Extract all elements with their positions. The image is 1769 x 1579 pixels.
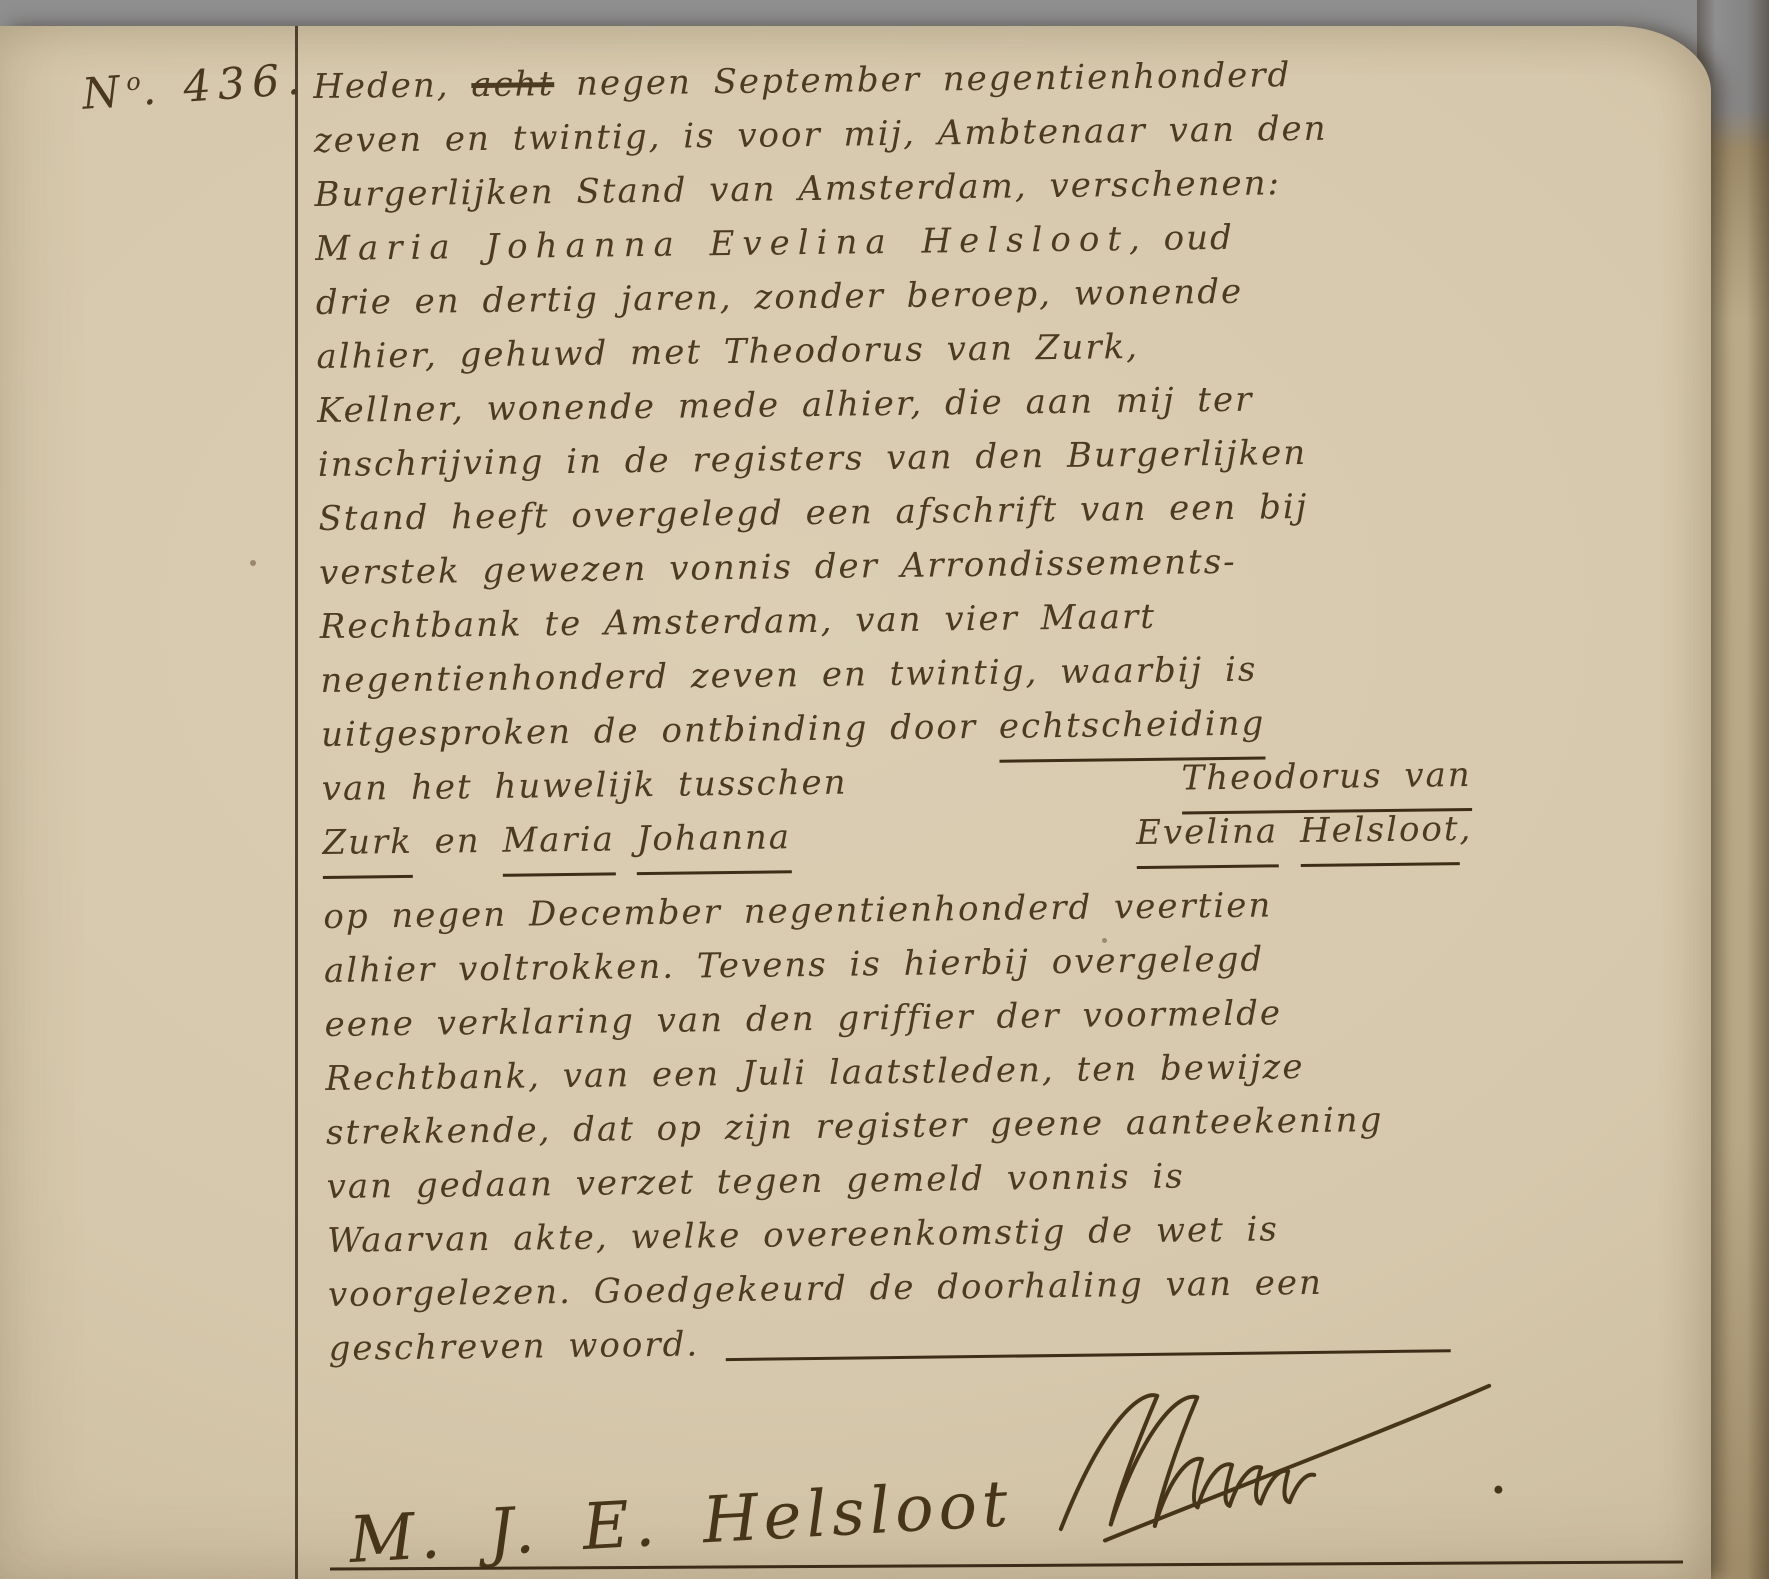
- document-lines: Heden, acht negen September negentienhon…: [313, 46, 1479, 1376]
- text-segment: acht: [471, 57, 555, 112]
- text-segment: Evelina: [1136, 804, 1279, 869]
- signature-row: M. J. E. Helsloot: [329, 1372, 1481, 1554]
- text-segment: Johanna: [636, 810, 791, 875]
- text-segment: van het huwelijk tusschen: [321, 756, 847, 816]
- text-segment: Helsloot: [1300, 802, 1460, 867]
- scanned-register-page: No. 436. Heden, acht negen September neg…: [0, 0, 1769, 1579]
- text-segment: uitgesproken de ontbinding door: [321, 700, 999, 762]
- act-number-n: N: [81, 67, 129, 120]
- text-segment: Maria: [502, 812, 615, 876]
- text-segment: geschreven woord.: [328, 1317, 699, 1376]
- margin-divider-line: [295, 26, 298, 1579]
- text-segment: , oud: [1129, 211, 1234, 266]
- text-segment: negen September negentienhonderd: [554, 48, 1292, 111]
- trailing-rule: [725, 1349, 1450, 1361]
- paper-speck: [250, 560, 256, 566]
- paper-speck: [1102, 938, 1107, 943]
- text-segment: Heden,: [313, 58, 472, 114]
- text-segment: alhier, gehuwd met Theodorus van Zurk,: [316, 320, 1139, 384]
- registrar-signature-flourish: [1045, 1371, 1517, 1545]
- line-spacer: [791, 844, 1136, 848]
- text-segment: [1278, 804, 1300, 858]
- line-spacer: [848, 789, 1182, 793]
- text-segment: [615, 812, 637, 866]
- text-segment: Zurk: [322, 815, 413, 879]
- text-segment: ,: [1459, 802, 1472, 856]
- act-body: Heden, acht negen September negentienhon…: [313, 46, 1481, 1554]
- text-segment: en: [412, 814, 502, 869]
- text-segment: Maria Johanna Evelina Helsloot: [315, 212, 1129, 276]
